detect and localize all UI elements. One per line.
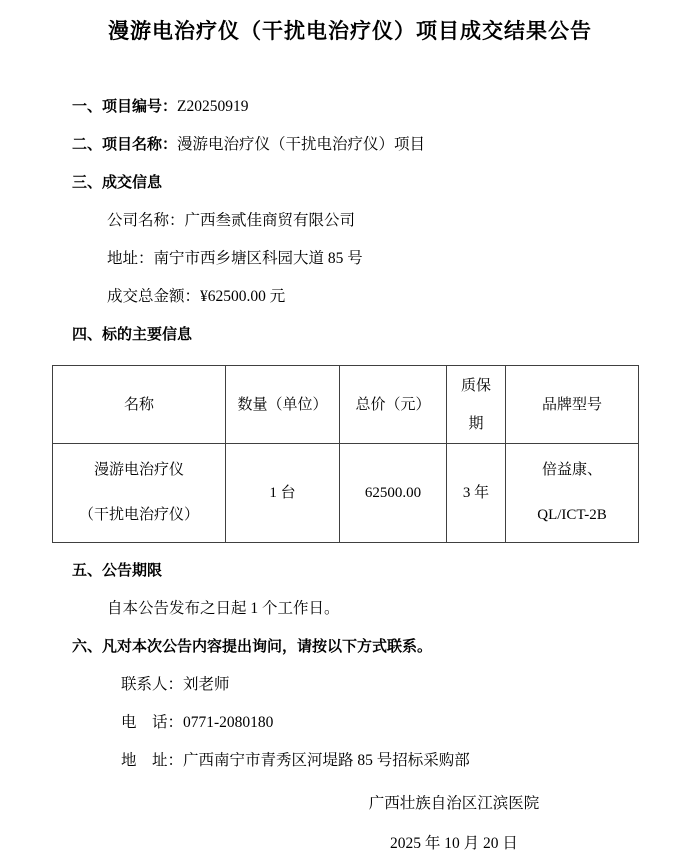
- subject-info-table: 名称 数量（单位） 总价（元） 质保 期 品牌型号 漫游电治疗仪 （干扰电治疗仪…: [52, 365, 639, 543]
- table-cell-quantity: 1 台: [226, 444, 340, 543]
- project-number-value: Z20250919: [177, 98, 248, 115]
- issue-date: 2025 年 10 月 20 日: [358, 836, 550, 852]
- notice-period-heading: 五、公告期限: [72, 563, 700, 579]
- announcement-document: 漫游电治疗仪（干扰电治疗仪）项目成交结果公告 一、项目编号：Z20250919 …: [0, 0, 700, 866]
- subject-info-heading: 四、标的主要信息: [72, 327, 700, 343]
- deal-info-heading: 三、成交信息: [72, 175, 700, 191]
- page-title: 漫游电治疗仪（干扰电治疗仪）项目成交结果公告: [0, 0, 700, 43]
- table-header-warranty: 质保 期: [447, 366, 506, 444]
- table-cell-warranty: 3 年: [447, 444, 506, 543]
- table-cell-brand-model: 倍益康、 QL/ICT-2B: [506, 444, 639, 543]
- signature-block: 广西壮族自治区江滨医院 2025 年 10 月 20 日: [358, 796, 550, 852]
- table-row: 漫游电治疗仪 （干扰电治疗仪） 1 台 62500.00 3 年 倍益康、 QL…: [53, 444, 639, 543]
- project-name-value: 漫游电治疗仪（干扰电治疗仪）项目: [177, 136, 425, 153]
- table-header-total-price: 总价（元）: [340, 366, 447, 444]
- inquiry-heading: 六、凡对本次公告内容提出询问，请按以下方式联系。: [72, 639, 700, 655]
- table-header-quantity: 数量（单位）: [226, 366, 340, 444]
- table-cell-total-price: 62500.00: [340, 444, 447, 543]
- contact-person-line: 联系人：刘老师: [121, 677, 700, 693]
- contact-address-line: 地 址：广西南宁市青秀区河堤路 85 号招标采购部: [121, 753, 700, 769]
- project-name-line: 二、项目名称：漫游电治疗仪（干扰电治疗仪）项目: [72, 137, 700, 153]
- project-name-label: 二、项目名称：: [72, 137, 177, 153]
- contact-phone-line: 电 话：0771-2080180: [121, 715, 700, 731]
- notice-period-text: 自本公告发布之日起 1 个工作日。: [107, 601, 700, 617]
- project-number-label: 一、项目编号：: [72, 99, 177, 115]
- company-address-line: 地址：南宁市西乡塘区科园大道 85 号: [107, 251, 700, 267]
- table-cell-name: 漫游电治疗仪 （干扰电治疗仪）: [53, 444, 226, 543]
- table-header-row: 名称 数量（单位） 总价（元） 质保 期 品牌型号: [53, 366, 639, 444]
- company-name-line: 公司名称：广西叁贰佳商贸有限公司: [107, 213, 700, 229]
- total-amount-line: 成交总金额：¥62500.00 元: [107, 289, 700, 305]
- issuing-organization: 广西壮族自治区江滨医院: [358, 796, 550, 812]
- table-header-brand-model: 品牌型号: [506, 366, 639, 444]
- table-header-name: 名称: [53, 366, 226, 444]
- project-number-line: 一、项目编号：Z20250919: [72, 99, 700, 115]
